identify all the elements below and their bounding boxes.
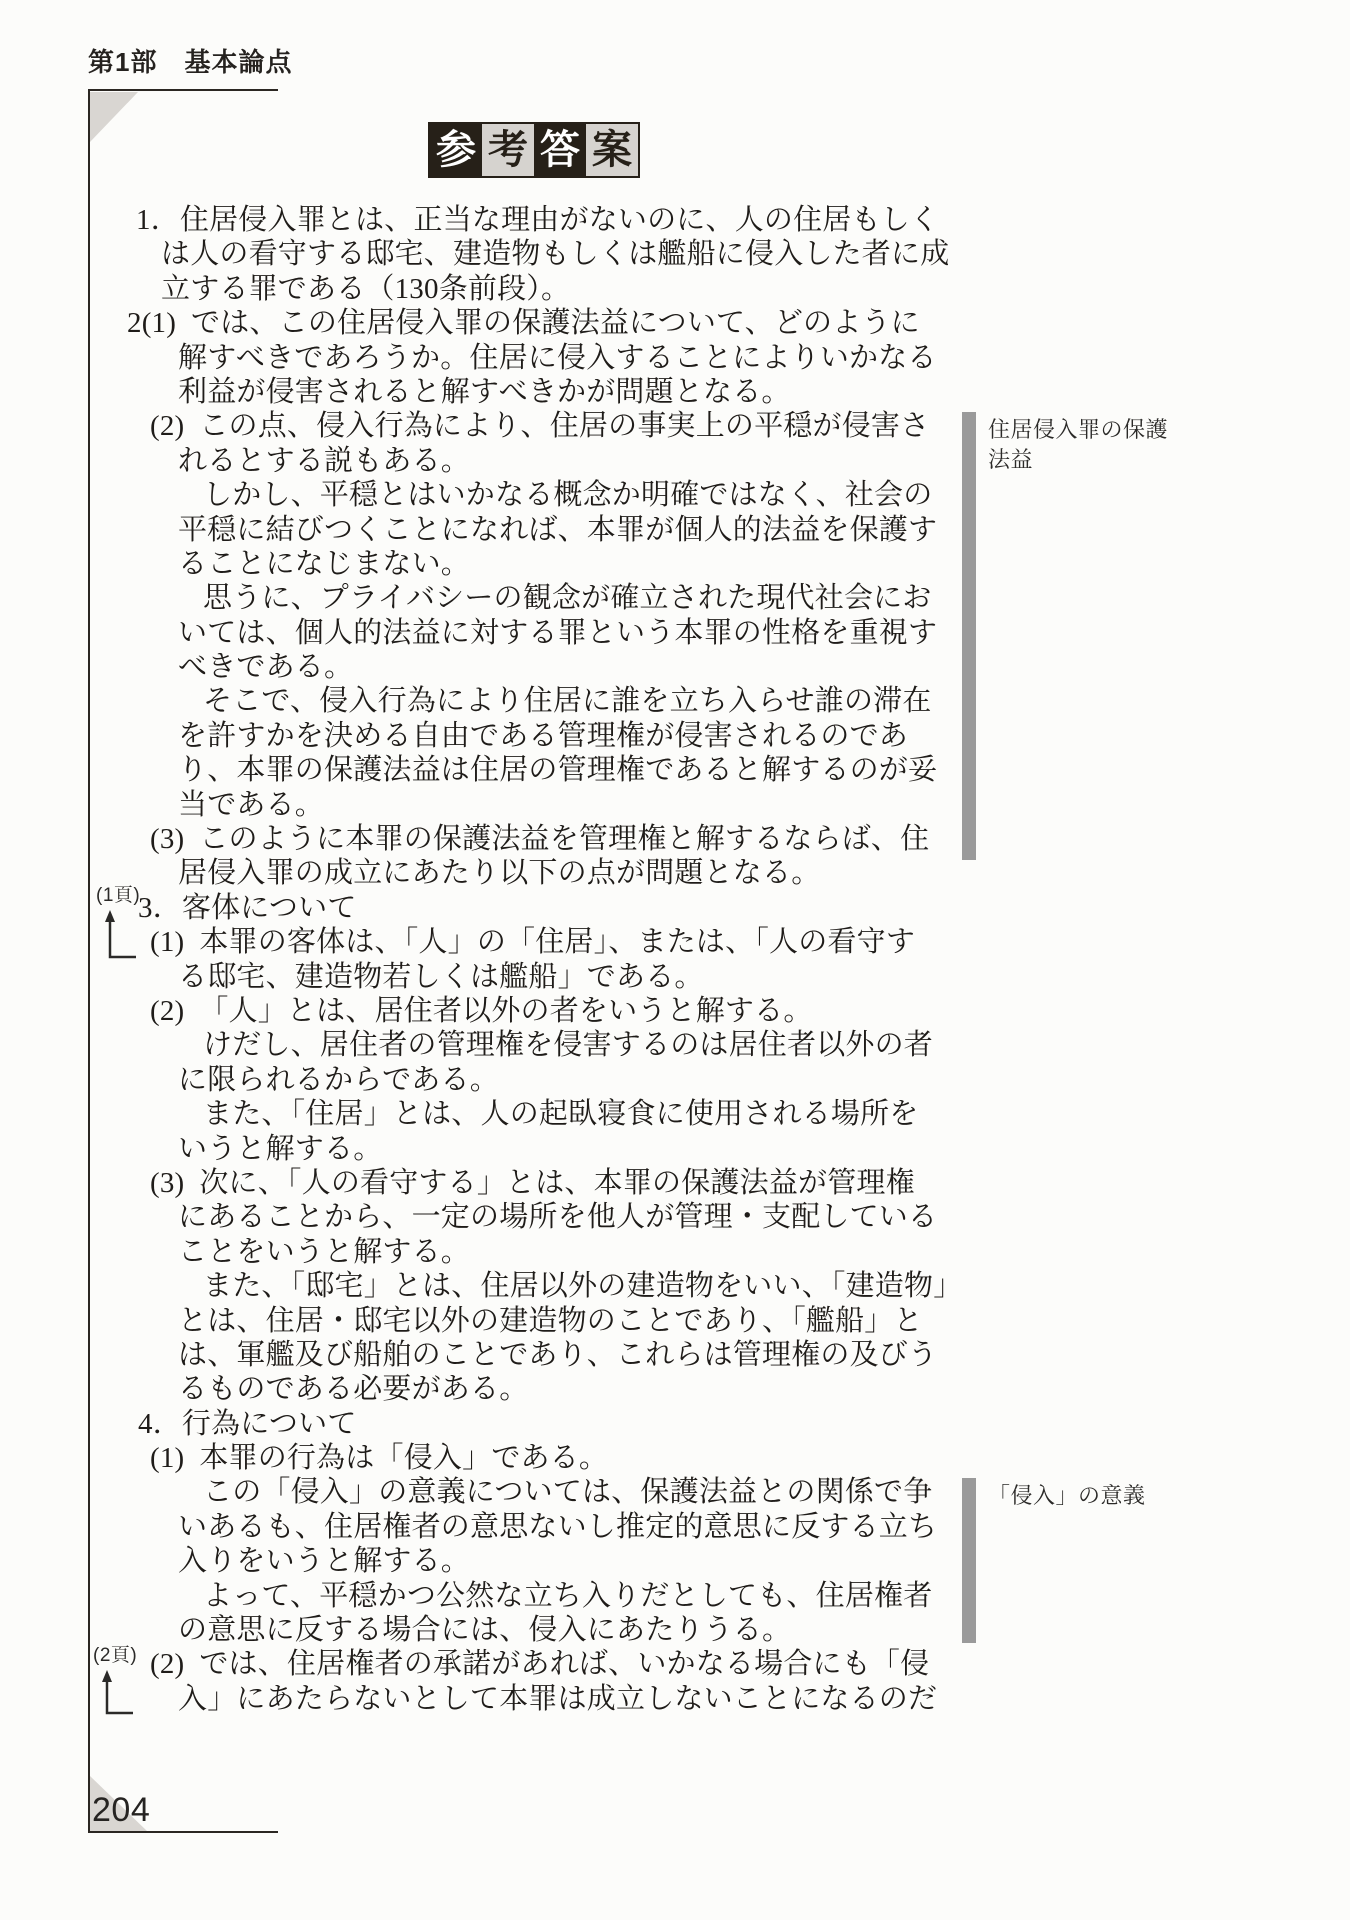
page-marker-1: (1頁) (96, 880, 140, 963)
body-line: (1) 本罪の客体は、「人」の「住居」、または、「人の看守す (150, 925, 1350, 959)
title-char: 答 (534, 124, 586, 176)
page-number: 204 (92, 1791, 150, 1830)
body-line: 立する罪である（130条前段）。 (161, 272, 1350, 306)
body-line: (1) 本罪の行為は「侵入」である。 (150, 1441, 1350, 1475)
up-arrow-icon (99, 1669, 137, 1719)
body-line: 4．行為について (138, 1407, 1350, 1441)
body-line: る邸宅、建造物若しくは艦船」である。 (178, 960, 1350, 994)
chapter-header: 第1部 基本論点 (88, 42, 292, 79)
margin-note-bar (962, 412, 976, 860)
body-line: 入」にあたらないとして本罪は成立しないことになるのだ (178, 1682, 1350, 1716)
body-line: 平穏に結びつくことになれば、本罪が個人的法益を保護す (178, 513, 1350, 547)
body-line: いては、個人的法益に対する罪という本罪の性格を重視す (178, 616, 1350, 650)
body-line: (3) 次に、「人の看守する」とは、本罪の保護法益が管理権 (150, 1166, 1350, 1200)
body-line: は人の看守する邸宅、建造物もしくは艦船に侵入した者に成 (161, 237, 1350, 271)
body-line: (2) 「人」とは、居住者以外の者をいうと解する。 (150, 994, 1350, 1028)
body-line: にあることから、一定の場所を他人が管理・支配している (178, 1200, 1350, 1234)
body-line: いあるも、住居権者の意思ないし推定的意思に反する立ち (178, 1510, 1350, 1544)
body-line: 利益が侵害されると解すべきかが問題となる。 (178, 375, 1350, 409)
page-marker-2: (2頁) (93, 1640, 137, 1719)
body-line: 1．住居侵入罪とは、正当な理由がないのに、人の住居もしく (136, 203, 1350, 237)
margin-note-line: 住居侵入罪の保護 (988, 415, 1168, 445)
body-line: るものである必要がある。 (178, 1372, 1350, 1406)
body-line: そこで、侵入行為により住居に誰を立ち入らせ誰の滞在 (203, 684, 1350, 718)
body-line: は、軍艦及び船舶のことであり、これらは管理権の及びう (178, 1338, 1350, 1372)
up-arrow-icon (102, 909, 140, 963)
title-char: 案 (586, 124, 638, 176)
body-line: に限られるからである。 (178, 1063, 1350, 1097)
body-line: また、「住居」とは、人の起臥寝食に使用される場所を (203, 1097, 1350, 1131)
bottom-rule (88, 1831, 278, 1833)
margin-note-bar (962, 1478, 976, 1643)
section-title-banner: 参考答案 (428, 122, 640, 178)
margin-note-text: 住居侵入罪の保護法益 (988, 412, 1168, 475)
body-line: (3) このように本罪の保護法益を管理権と解するならば、住 (150, 822, 1350, 856)
margin-note-text: 「侵入」の意義 (988, 1478, 1146, 1511)
margin-note-line: 法益 (988, 445, 1168, 475)
body-line: を許すかを決める自由である管理権が侵害されるのであ (178, 719, 1350, 753)
body-line: 思うに、プライバシーの観念が確立された現代社会にお (203, 581, 1350, 615)
body-line: れるとする説もある。 (178, 444, 1350, 478)
body-line: (2) この点、侵入行為により、住居の事実上の平穏が侵害さ (150, 409, 1350, 443)
body-line: の意思に反する場合には、侵入にあたりうる。 (178, 1613, 1350, 1647)
body-line: この「侵入」の意義については、保護法益との関係で争 (203, 1475, 1350, 1509)
page-marker-label: (2頁) (93, 1640, 137, 1667)
corner-fold-top (90, 92, 138, 142)
body-line: べきである。 (178, 650, 1350, 684)
body-line: り、本罪の保護法益は住居の管理権であると解するのが妥 (178, 753, 1350, 787)
title-char: 参 (430, 124, 482, 176)
textbook-page: 第1部 基本論点 204 参考答案 1．住居侵入罪とは、正当な理由がないのに、人… (0, 0, 1350, 1920)
margin-note-protected-interest: 住居侵入罪の保護法益 (962, 412, 1168, 475)
body-line: ことをいうと解する。 (178, 1235, 1350, 1269)
body-line: とは、住居・邸宅以外の建造物のことであり、「艦船」と (178, 1304, 1350, 1338)
margin-note-line: 「侵入」の意義 (988, 1481, 1146, 1511)
body-line: 入りをいうと解する。 (178, 1544, 1350, 1578)
body-line: しかし、平穏とはいかなる概念か明確ではなく、社会の (203, 478, 1350, 512)
page-marker-label: (1頁) (96, 880, 140, 907)
body-line: 2(1) では、この住居侵入罪の保護法益について、どのように (127, 306, 1350, 340)
body-line: 解すべきであろうか。住居に侵入することによりいかなる (178, 341, 1350, 375)
body-line: よって、平穏かつ公然な立ち入りだとしても、住居権者 (203, 1579, 1350, 1613)
body-line: 3．客体について (138, 891, 1350, 925)
body-line: いうと解する。 (178, 1132, 1350, 1166)
margin-note-meaning-of-intrusion: 「侵入」の意義 (962, 1478, 1146, 1511)
body-line: 当である。 (178, 788, 1350, 822)
body-line: (2) では、住居権者の承諾があれば、いかなる場合にも「侵 (150, 1647, 1350, 1681)
body-line: けだし、居住者の管理権を侵害するのは居住者以外の者 (203, 1028, 1350, 1062)
body-line: また、「邸宅」とは、住居以外の建造物をいい、「建造物」 (203, 1269, 1350, 1303)
body-line: 居侵入罪の成立にあたり以下の点が問題となる。 (178, 856, 1350, 890)
header-rule (88, 89, 278, 91)
title-char: 考 (482, 124, 534, 176)
body-line: ることになじまない。 (178, 547, 1350, 581)
